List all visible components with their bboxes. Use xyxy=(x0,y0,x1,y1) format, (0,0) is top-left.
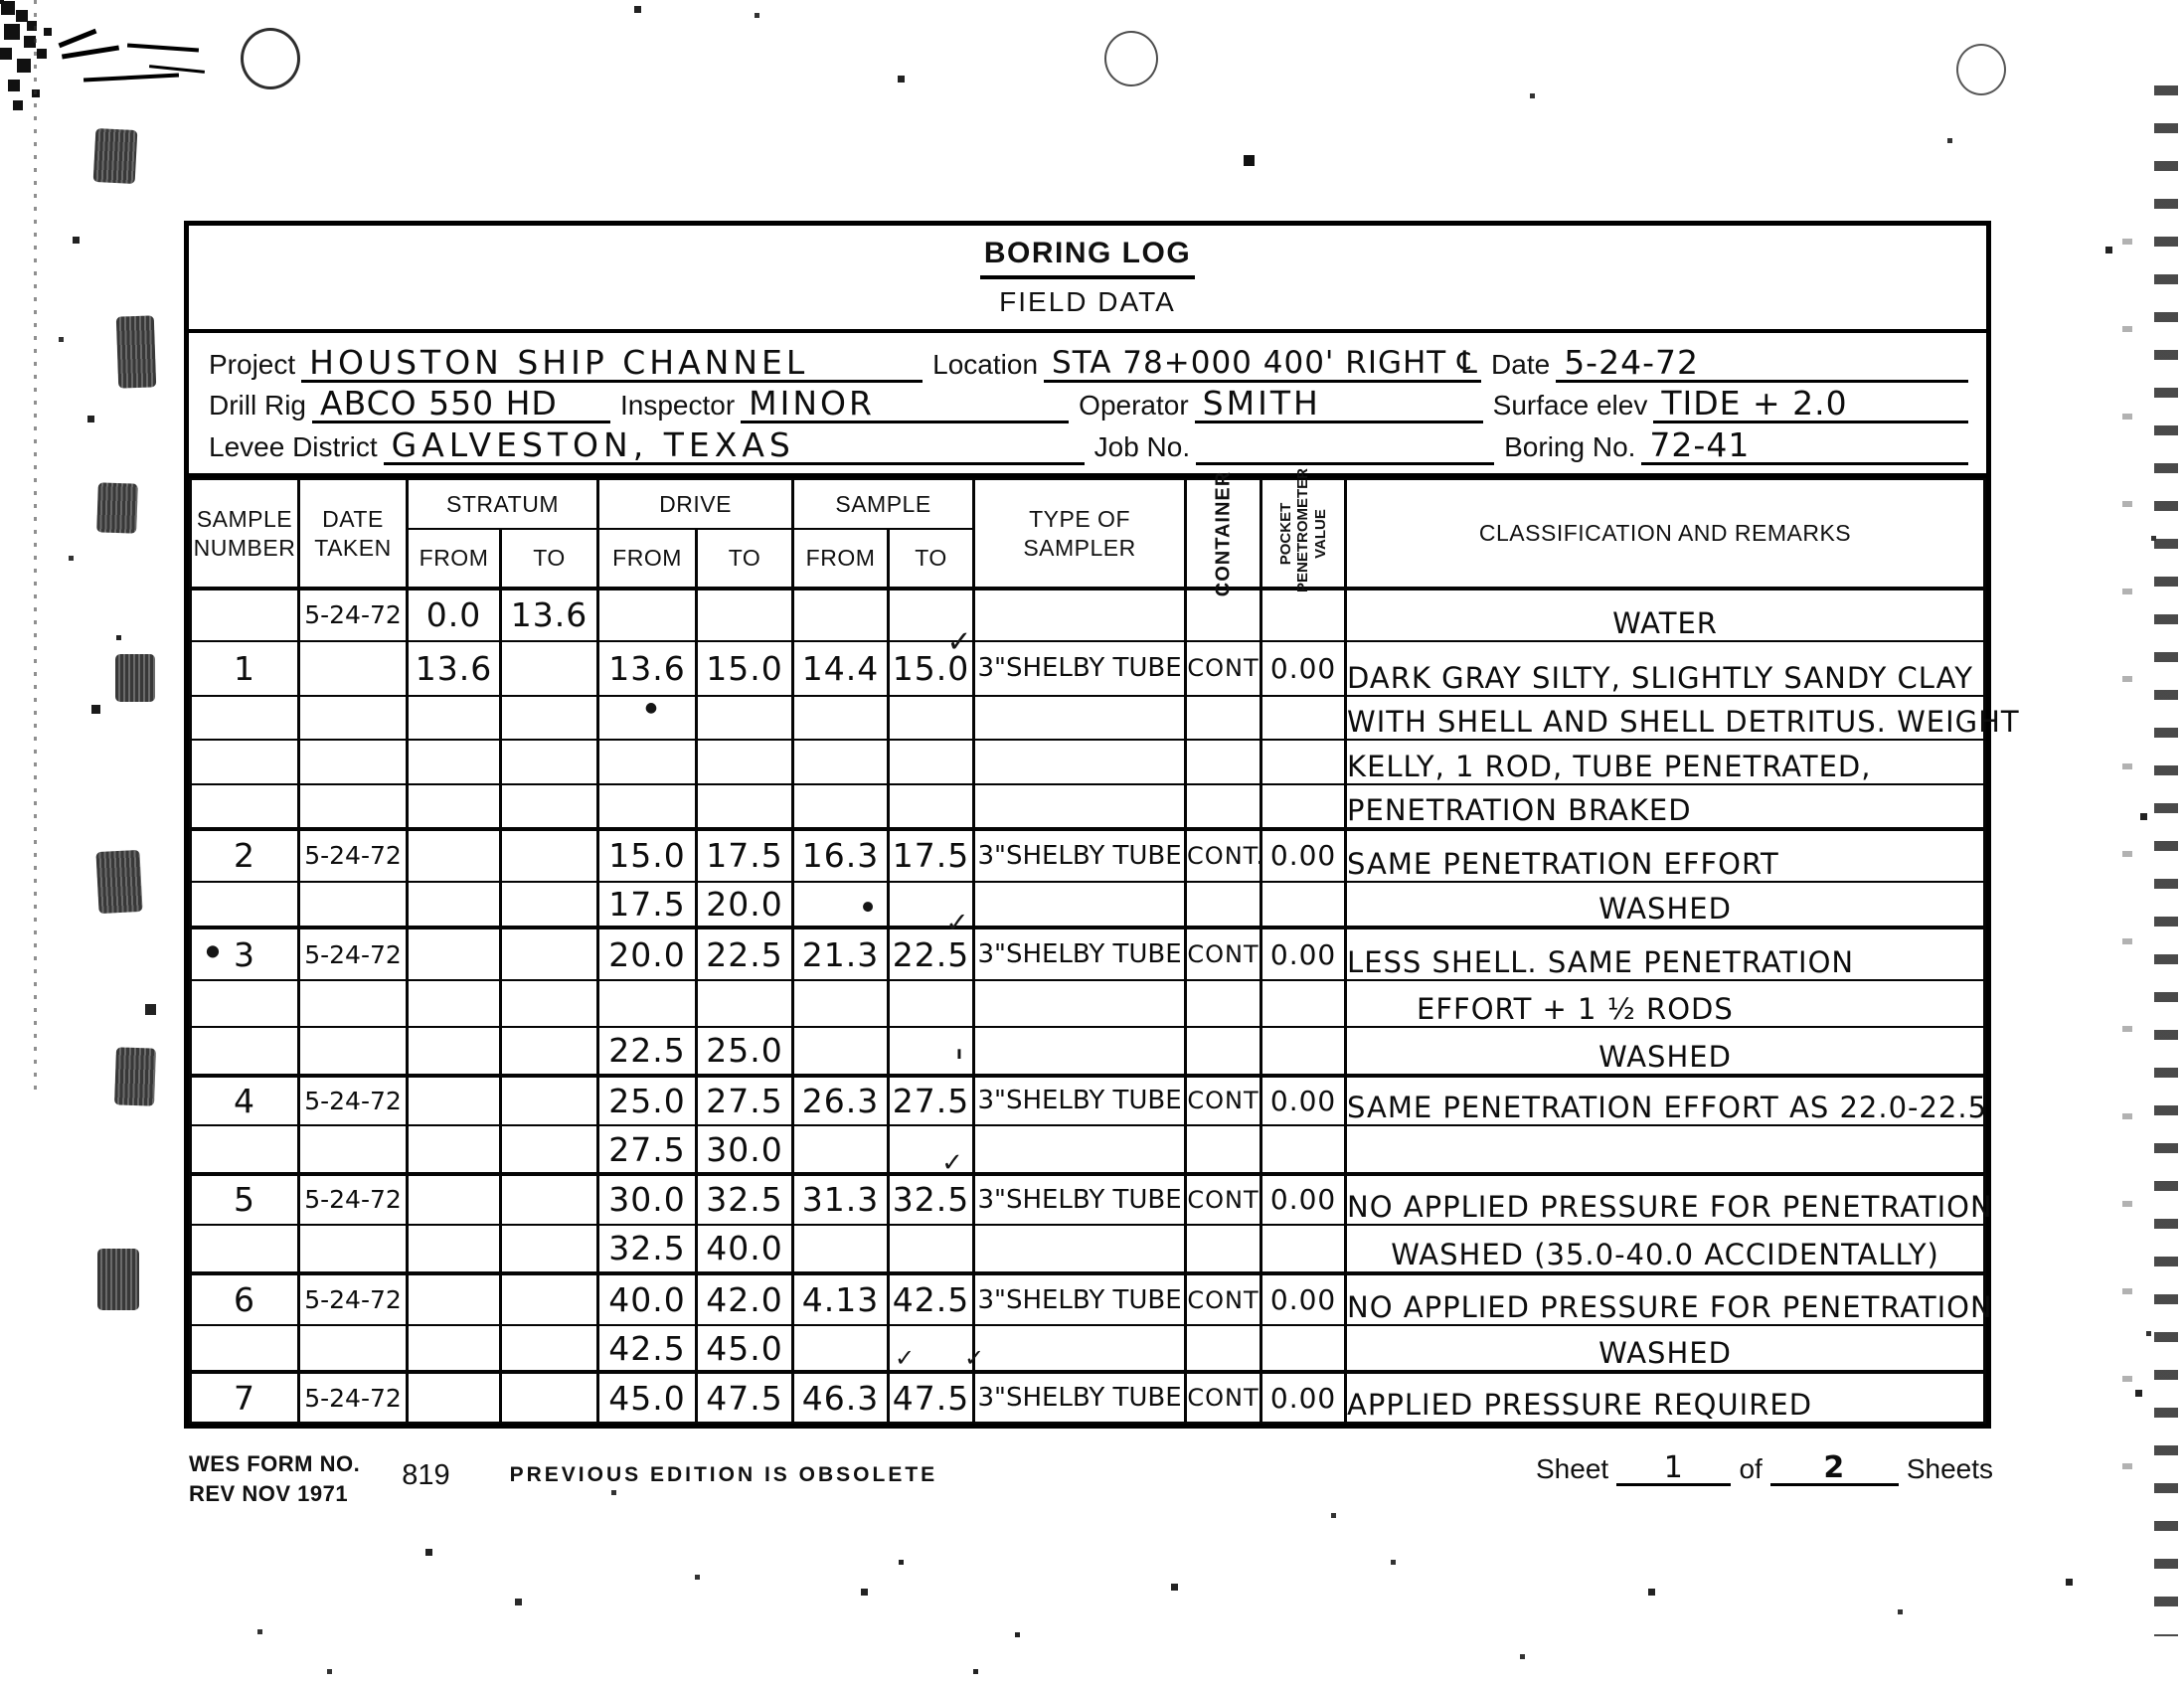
table-row: 5 5-24-72 30.0 32.5 31.3 32.5 3"SHELBY T… xyxy=(191,1174,1985,1225)
sampler-value: 3"SHELBY TUBE xyxy=(977,653,1181,683)
sample-to-value: 17.5 xyxy=(893,836,969,875)
table-row: WITH SHELL AND SHELL DETRITUS. WEIGHT xyxy=(191,696,1985,741)
sampler-cell xyxy=(974,882,1186,928)
penetrometer-cell xyxy=(1261,1027,1346,1076)
penetrometer-cell: 0.00 xyxy=(1261,1273,1346,1326)
drive-to-value: 22.5 xyxy=(706,935,782,974)
date-taken-cell xyxy=(299,641,408,696)
col-header-classification: CLASSIFICATION AND REMARKS xyxy=(1346,479,1985,589)
penetrometer-cell xyxy=(1261,589,1346,641)
remarks-cell: WASHED xyxy=(1346,1325,1985,1372)
stratum-to-cell xyxy=(501,740,598,784)
sample-number-cell xyxy=(191,784,299,829)
drive-from-value: 32.5 xyxy=(608,1229,685,1267)
sample-number-value: 2 xyxy=(234,836,255,875)
drive-from-value: 22.5 xyxy=(608,1031,685,1070)
stratum-from-cell xyxy=(408,1076,501,1126)
sample-number-value: 6 xyxy=(234,1280,255,1319)
sampler-cell: 3"SHELBY TUBE xyxy=(974,1076,1186,1126)
remarks-cell xyxy=(1346,1125,1985,1174)
container-cell xyxy=(1186,784,1261,829)
stratum-from-cell: 13.6 xyxy=(408,641,501,696)
table-row: 6 5-24-72 40.0 42.0 4.13 42.5 3"SHELBY T… xyxy=(191,1273,1985,1326)
stratum-to-cell xyxy=(501,1325,598,1372)
sampler-cell xyxy=(974,696,1186,741)
boring-no-value: 72-41 xyxy=(1641,428,1968,465)
annotation-mark: ✓ xyxy=(946,625,971,660)
sample-from-value: 26.3 xyxy=(802,1082,879,1120)
penetrometer-cell xyxy=(1261,1125,1346,1174)
date-taken-cell: 5-24-72 xyxy=(299,829,408,882)
job-no-value xyxy=(1196,461,1494,465)
stratum-to-cell xyxy=(501,784,598,829)
stratum-from-cell xyxy=(408,1027,501,1076)
field-data-table-wrap: SAMPLE NUMBER DATE TAKEN STRATUM DRIVE S… xyxy=(189,478,1986,1424)
scan-noise xyxy=(34,0,37,1094)
stratum-from-cell xyxy=(408,1325,501,1372)
drill-rig-label: Drill Rig xyxy=(209,392,312,423)
date-taken-cell xyxy=(299,784,408,829)
date-value: 5-24-72 xyxy=(1556,346,1968,383)
remarks-value: EFFORT + 1 ½ RODS xyxy=(1347,992,1983,1026)
container-cell: CONT xyxy=(1186,641,1261,696)
stratum-to-cell xyxy=(501,1372,598,1423)
col-header-stratum-to: TO xyxy=(501,529,598,589)
col-header-stratum: STRATUM xyxy=(408,479,598,529)
col-header-date-taken: DATE TAKEN xyxy=(299,479,408,589)
sample-number-cell: 5 xyxy=(191,1174,299,1225)
project-label: Project xyxy=(209,351,301,383)
sample-from-cell: 26.3 xyxy=(793,1076,889,1126)
penetrometer-cell: 0.00 xyxy=(1261,1372,1346,1423)
stratum-from-cell xyxy=(408,980,501,1027)
container-cell xyxy=(1186,980,1261,1027)
date-taken-value: 5-24-72 xyxy=(304,1185,402,1214)
col-header-sample-number: SAMPLE NUMBER xyxy=(191,479,299,589)
penetrometer-cell: 0.00 xyxy=(1261,928,1346,980)
annotation-mark: ✓ xyxy=(945,907,968,939)
wes-form-no-line2: REV NOV 1971 xyxy=(189,1479,360,1509)
levee-district-label: Levee District xyxy=(209,433,384,465)
drive-to-cell: 47.5 xyxy=(697,1372,793,1423)
container-cell xyxy=(1186,882,1261,928)
container-cell xyxy=(1186,1125,1261,1174)
boring-no-label: Boring No. xyxy=(1504,433,1641,465)
remarks-cell: WASHED (35.0-40.0 ACCIDENTALLY) xyxy=(1346,1225,1985,1273)
remarks-value: APPLIED PRESSURE REQUIRED xyxy=(1347,1388,1983,1422)
pen-scribble xyxy=(127,43,199,52)
drive-to-value: 17.5 xyxy=(706,836,782,875)
form-subtitle: FIELD DATA xyxy=(999,286,1176,318)
drive-to-cell: 20.0 xyxy=(697,882,793,928)
annotation-mark: ✓ xyxy=(941,1148,963,1178)
drive-from-cell: 32.5 xyxy=(598,1225,697,1273)
table-row: PENETRATION BRAKED xyxy=(191,784,1985,829)
stratum-to-cell xyxy=(501,696,598,741)
date-taken-cell: 5-24-72 xyxy=(299,589,408,641)
drive-to-value: 20.0 xyxy=(706,885,782,924)
date-taken-cell xyxy=(299,980,408,1027)
stratum-from-cell: 0.0 xyxy=(408,589,501,641)
table-row: 7 5-24-72 45.0 47.5 46.3 47.5 3"SHELBY T… xyxy=(191,1372,1985,1423)
date-taken-cell xyxy=(299,1027,408,1076)
table-row: 32.5 40.0 WASHED (35.0-40.0 ACCIDENTALLY… xyxy=(191,1225,1985,1273)
sample-number-cell xyxy=(191,980,299,1027)
surface-elev-label: Surface elev xyxy=(1493,392,1654,423)
sampler-cell xyxy=(974,1027,1186,1076)
stratum-from-cell xyxy=(408,928,501,980)
form-info-block: Project HOUSTON SHIP CHANNEL Location ST… xyxy=(189,333,1986,478)
sample-to-cell xyxy=(889,696,974,741)
sample-number-cell: 2 xyxy=(191,829,299,882)
surface-elev-value: TIDE + 2.0 xyxy=(1653,387,1968,423)
pen-scribble xyxy=(59,29,97,49)
drive-from-cell: 15.0 xyxy=(598,829,697,882)
sample-number-cell xyxy=(191,1325,299,1372)
info-row: Levee District GALVESTON, TEXAS Job No. … xyxy=(209,423,1968,465)
sample-from-cell xyxy=(793,1027,889,1076)
scan-smudge xyxy=(96,482,138,533)
stratum-from-value: 0.0 xyxy=(426,595,481,634)
operator-label: Operator xyxy=(1079,392,1195,423)
sample-from-cell: 16.3 xyxy=(793,829,889,882)
remarks-value: KELLY, 1 ROD, TUBE PENETRATED, xyxy=(1347,750,1983,783)
pocket-penetrometer-vertical-label: POCKET PENETROMETER VALUE xyxy=(1277,475,1329,592)
date-label: Date xyxy=(1491,351,1556,383)
scan-smudge xyxy=(114,1047,156,1105)
penetrometer-cell xyxy=(1261,1225,1346,1273)
sheets-label: Sheets xyxy=(1907,1455,1993,1486)
penetrometer-value: 0.00 xyxy=(1270,839,1336,872)
drive-to-cell xyxy=(697,980,793,1027)
drive-to-cell xyxy=(697,784,793,829)
stratum-from-cell xyxy=(408,1372,501,1423)
drive-to-value: 15.0 xyxy=(706,649,782,688)
sample-from-cell xyxy=(793,784,889,829)
container-value: CONT xyxy=(1187,1384,1259,1412)
drive-to-cell: 40.0 xyxy=(697,1225,793,1273)
sample-from-cell: 31.3 xyxy=(793,1174,889,1225)
col-header-sample-to: TO xyxy=(889,529,974,589)
drive-from-cell xyxy=(598,784,697,829)
drive-from-value: 45.0 xyxy=(608,1379,685,1418)
sample-to-value: 47.5 xyxy=(893,1379,969,1418)
container-value: CONT xyxy=(1187,1087,1259,1114)
sampler-cell xyxy=(974,980,1186,1027)
container-cell: CONT xyxy=(1186,1372,1261,1423)
sample-number-cell xyxy=(191,740,299,784)
drive-to-value: 30.0 xyxy=(706,1130,782,1169)
remarks-cell: NO APPLIED PRESSURE FOR PENETRATION xyxy=(1346,1174,1985,1225)
penetrometer-cell xyxy=(1261,784,1346,829)
stratum-to-cell xyxy=(501,1027,598,1076)
date-taken-cell xyxy=(299,1125,408,1174)
sample-number-cell: 4 xyxy=(191,1076,299,1126)
date-taken-cell: 5-24-72 xyxy=(299,1273,408,1326)
col-header-drive-from: FROM xyxy=(598,529,697,589)
date-taken-cell xyxy=(299,740,408,784)
remarks-cell: WASHED xyxy=(1346,1027,1985,1076)
container-value: CONT xyxy=(1187,1286,1259,1314)
scan-smudge xyxy=(97,1249,139,1310)
remarks-value: WASHED xyxy=(1347,892,1983,926)
remarks-cell: WITH SHELL AND SHELL DETRITUS. WEIGHT xyxy=(1346,696,1985,741)
inspector-value: MINOR xyxy=(741,387,1069,423)
penetrometer-cell: 0.00 xyxy=(1261,829,1346,882)
sampler-value: 3"SHELBY TUBE xyxy=(977,939,1181,969)
sampler-value: 3"SHELBY TUBE xyxy=(977,1185,1181,1215)
date-taken-value: 5-24-72 xyxy=(304,1285,402,1314)
sample-number-cell: 6 xyxy=(191,1273,299,1326)
remarks-value: WASHED xyxy=(1347,1336,1983,1370)
sample-number-cell xyxy=(191,882,299,928)
drive-from-value: 20.0 xyxy=(608,935,685,974)
stratum-from-cell xyxy=(408,696,501,741)
col-header-type-of-sampler: TYPE OF SAMPLER xyxy=(974,479,1186,589)
sampler-cell: 3"SHELBY TUBE xyxy=(974,1372,1186,1423)
drive-from-cell: 22.5 xyxy=(598,1027,697,1076)
sample-from-value: 4.13 xyxy=(802,1280,879,1319)
remarks-value: NO APPLIED PRESSURE FOR PENETRATION xyxy=(1347,1190,1983,1224)
drive-to-cell: 27.5 xyxy=(697,1076,793,1126)
drive-from-cell: 17.5 xyxy=(598,882,697,928)
sampler-cell xyxy=(974,1325,1186,1372)
sampler-cell xyxy=(974,589,1186,641)
annotation-mark: ✓ xyxy=(895,1344,915,1372)
info-row: Drill Rig ABCO 550 HD Inspector MINOR Op… xyxy=(209,383,1968,424)
stratum-to-cell xyxy=(501,1273,598,1326)
container-cell xyxy=(1186,1027,1261,1076)
stratum-to-cell xyxy=(501,1225,598,1273)
sample-to-cell xyxy=(889,980,974,1027)
stratum-to-cell xyxy=(501,882,598,928)
stratum-from-value: 13.6 xyxy=(416,649,492,688)
sample-from-cell xyxy=(793,1325,889,1372)
penetrometer-cell xyxy=(1261,696,1346,741)
sample-from-cell xyxy=(793,589,889,641)
stratum-from-cell xyxy=(408,740,501,784)
remarks-value: WITH SHELL AND SHELL DETRITUS. WEIGHT xyxy=(1347,705,1983,739)
stratum-to-cell xyxy=(501,1174,598,1225)
drive-to-value: 32.5 xyxy=(706,1180,782,1219)
scan-edge-marks xyxy=(2154,85,2178,1636)
remarks-value: DARK GRAY SILTY, SLIGHTLY SANDY CLAY xyxy=(1347,661,1983,695)
date-taken-cell xyxy=(299,696,408,741)
annotation-mark: ● xyxy=(206,941,220,960)
drive-from-cell: 42.5 xyxy=(598,1325,697,1372)
stratum-to-value: 13.6 xyxy=(511,595,588,634)
stratum-to-cell xyxy=(501,641,598,696)
container-value: CONT. xyxy=(1187,842,1264,870)
sample-from-cell: 14.4 xyxy=(793,641,889,696)
sample-from-cell xyxy=(793,1225,889,1273)
container-vertical-label: CONTAINER xyxy=(1211,470,1236,595)
remarks-value: NO APPLIED PRESSURE FOR PENETRATION xyxy=(1347,1290,1983,1324)
sampler-value: 3"SHELBY TUBE xyxy=(977,1285,1181,1315)
stratum-to-cell xyxy=(501,928,598,980)
remarks-cell: LESS SHELL. SAME PENETRATION xyxy=(1346,928,1985,980)
stratum-to-cell xyxy=(501,1125,598,1174)
pen-scribble xyxy=(62,45,119,59)
punch-hole xyxy=(1104,31,1158,86)
wes-form-no: WES FORM NO. REV NOV 1971 xyxy=(189,1449,360,1508)
info-row: Project HOUSTON SHIP CHANNEL Location ST… xyxy=(209,341,1968,383)
penetrometer-value: 0.00 xyxy=(1270,1382,1336,1415)
remarks-cell: KELLY, 1 ROD, TUBE PENETRATED, xyxy=(1346,740,1985,784)
penetrometer-cell xyxy=(1261,740,1346,784)
sample-number-cell xyxy=(191,589,299,641)
form-number-block: WES FORM NO. REV NOV 1971 819 PREVIOUS E… xyxy=(189,1449,937,1508)
drive-from-value: 13.6 xyxy=(608,649,685,688)
penetrometer-cell xyxy=(1261,882,1346,928)
date-taken-cell: 5-24-72 xyxy=(299,1174,408,1225)
stratum-from-cell xyxy=(408,1125,501,1174)
penetrometer-cell xyxy=(1261,1325,1346,1372)
sample-number-cell: 7 xyxy=(191,1372,299,1423)
inspector-label: Inspector xyxy=(620,392,741,423)
drive-to-value: 40.0 xyxy=(706,1229,782,1267)
penetrometer-value: 0.00 xyxy=(1270,652,1336,685)
col-header-drive-to: TO xyxy=(697,529,793,589)
drive-to-cell: 32.5 xyxy=(697,1174,793,1225)
scan-smudge xyxy=(116,315,156,388)
sample-from-cell xyxy=(793,980,889,1027)
sample-from-value: 14.4 xyxy=(802,649,879,688)
penetrometer-cell: 0.00 xyxy=(1261,641,1346,696)
container-cell: CONT. xyxy=(1186,829,1261,882)
date-taken-value: 5-24-72 xyxy=(304,1087,402,1115)
remarks-value: WASHED xyxy=(1347,1040,1983,1074)
stratum-from-cell xyxy=(408,784,501,829)
penetrometer-cell: 0.00 xyxy=(1261,1174,1346,1225)
sheet-label: Sheet xyxy=(1536,1455,1608,1486)
sampler-cell: 3"SHELBY TUBE xyxy=(974,829,1186,882)
drill-rig-value: ABCO 550 HD xyxy=(312,387,610,423)
sample-to-cell: 17.5 xyxy=(889,829,974,882)
drive-to-cell: 25.0 xyxy=(697,1027,793,1076)
project-value: HOUSTON SHIP CHANNEL xyxy=(301,346,923,383)
remarks-value: WATER xyxy=(1347,606,1983,640)
sampler-value: 3"SHELBY TUBE xyxy=(977,1383,1181,1413)
scan-smudge xyxy=(95,850,142,914)
date-taken-cell xyxy=(299,1325,408,1372)
sample-number-value: 1 xyxy=(234,649,255,688)
sample-from-cell xyxy=(793,740,889,784)
drive-to-cell xyxy=(697,740,793,784)
field-data-table: SAMPLE NUMBER DATE TAKEN STRATUM DRIVE S… xyxy=(189,478,1986,1424)
sample-from-cell xyxy=(793,882,889,928)
of-label: of xyxy=(1739,1455,1762,1486)
stratum-from-cell xyxy=(408,1273,501,1326)
scan-edge-marks xyxy=(2122,239,2132,1531)
sample-number-cell xyxy=(191,696,299,741)
penetrometer-value: 0.00 xyxy=(1270,1283,1336,1316)
drive-to-cell: 22.5 xyxy=(697,928,793,980)
sampler-cell: 3"SHELBY TUBE xyxy=(974,1273,1186,1326)
sample-to-value: 22.5 xyxy=(893,935,969,974)
sample-number-cell: 1 xyxy=(191,641,299,696)
stratum-to-cell xyxy=(501,829,598,882)
date-taken-value: 5-24-72 xyxy=(304,940,402,969)
sample-from-value: 46.3 xyxy=(802,1379,879,1418)
drive-from-cell: 27.5 xyxy=(598,1125,697,1174)
form-title: BORING LOG xyxy=(980,237,1195,279)
drive-to-value: 45.0 xyxy=(706,1329,782,1368)
sample-number-cell xyxy=(191,1027,299,1076)
sampler-cell xyxy=(974,784,1186,829)
date-taken-cell: 5-24-72 xyxy=(299,1372,408,1423)
annotation-mark: ● xyxy=(862,900,873,915)
remarks-cell: SAME PENETRATION EFFORT xyxy=(1346,829,1985,882)
sample-from-cell: 21.3 xyxy=(793,928,889,980)
table-row: 22.5 25.0 WASHED xyxy=(191,1027,1985,1076)
stratum-from-cell xyxy=(408,1225,501,1273)
remarks-value: SAME PENETRATION EFFORT xyxy=(1347,847,1983,881)
drive-from-cell: 25.0 xyxy=(598,1076,697,1126)
col-header-container: CONTAINER xyxy=(1186,479,1261,589)
stratum-to-cell xyxy=(501,1076,598,1126)
penetrometer-cell xyxy=(1261,980,1346,1027)
stratum-from-cell xyxy=(408,882,501,928)
sample-to-cell xyxy=(889,784,974,829)
remarks-cell: PENETRATION BRAKED xyxy=(1346,784,1985,829)
punch-hole xyxy=(1956,44,2006,95)
drive-to-cell: 17.5 xyxy=(697,829,793,882)
sample-number-value: 3 xyxy=(234,935,255,974)
table-row: 17.5 20.0 WASHED xyxy=(191,882,1985,928)
remarks-value: PENETRATION BRAKED xyxy=(1347,793,1983,827)
date-taken-value: 5-24-72 xyxy=(304,1384,402,1413)
sampler-cell: 3"SHELBY TUBE xyxy=(974,641,1186,696)
drive-from-value: 30.0 xyxy=(608,1180,685,1219)
remarks-value: LESS SHELL. SAME PENETRATION xyxy=(1347,945,1983,979)
remarks-value: WASHED (35.0-40.0 ACCIDENTALLY) xyxy=(1347,1238,1983,1271)
table-row: 3 5-24-72 20.0 22.5 21.3 22.5 3"SHELBY T… xyxy=(191,928,1985,980)
date-taken-cell xyxy=(299,1225,408,1273)
remarks-cell: WASHED xyxy=(1346,882,1985,928)
remarks-value: SAME PENETRATION EFFORT AS 22.0-22.5 xyxy=(1347,1091,1983,1124)
job-no-label: Job No. xyxy=(1094,433,1197,465)
sample-to-value: 42.5 xyxy=(893,1280,969,1319)
drive-to-cell xyxy=(697,589,793,641)
sample-from-cell: 46.3 xyxy=(793,1372,889,1423)
date-taken-cell xyxy=(299,882,408,928)
sampler-cell: 3"SHELBY TUBE xyxy=(974,1174,1186,1225)
drive-from-cell: 13.6 xyxy=(598,641,697,696)
penetrometer-cell: 0.00 xyxy=(1261,1076,1346,1126)
sample-number-cell xyxy=(191,1225,299,1273)
sheet-count-block: Sheet 1 of 2 Sheets xyxy=(1536,1453,1993,1486)
sample-to-cell: 32.5 xyxy=(889,1174,974,1225)
annotation-mark: ' xyxy=(954,1044,964,1085)
col-header-sample: SAMPLE xyxy=(793,479,974,529)
drive-from-cell xyxy=(598,589,697,641)
drive-from-value: 27.5 xyxy=(608,1130,685,1169)
sample-to-value: 32.5 xyxy=(893,1180,969,1219)
col-header-drive: DRIVE xyxy=(598,479,793,529)
table-row: 4 5-24-72 25.0 27.5 26.3 27.5 3"SHELBY T… xyxy=(191,1076,1985,1126)
col-header-stratum-from: FROM xyxy=(408,529,501,589)
remarks-cell: WATER xyxy=(1346,589,1985,641)
drive-from-value: 15.0 xyxy=(608,836,685,875)
scan-noise xyxy=(0,0,3,3)
drive-from-cell xyxy=(598,740,697,784)
sampler-value: 3"SHELBY TUBE xyxy=(977,841,1181,871)
container-cell xyxy=(1186,1325,1261,1372)
col-header-pocket-penetrometer: POCKET PENETROMETER VALUE xyxy=(1261,479,1346,589)
drive-from-cell xyxy=(598,980,697,1027)
drive-from-value: 17.5 xyxy=(608,885,685,924)
